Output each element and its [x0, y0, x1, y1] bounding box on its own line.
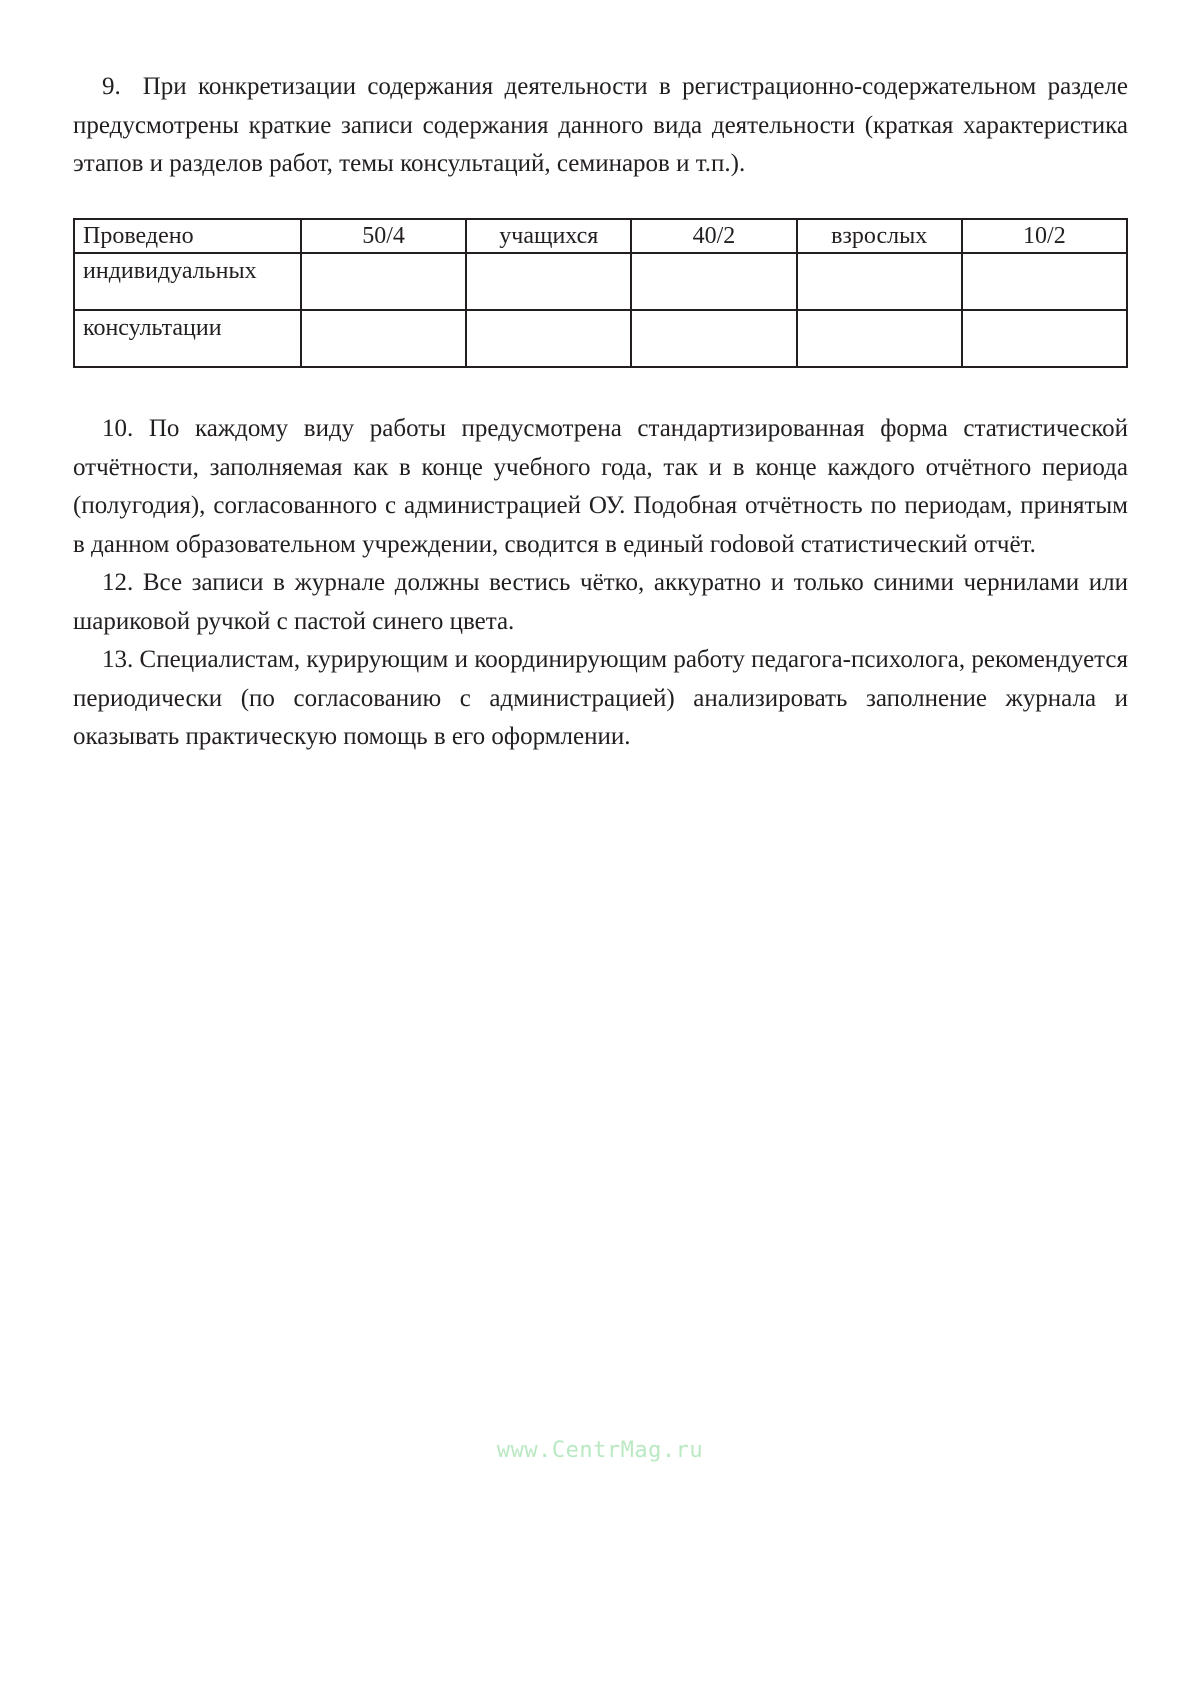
table-row: консультации	[74, 310, 1127, 367]
consultations-table: Проведено 50/4 учащихся 40/2 взрослых 10…	[73, 218, 1128, 368]
table-cell	[631, 310, 796, 367]
paragraph-number: 9.	[102, 73, 121, 100]
table-header-cell: 40/2	[631, 219, 796, 253]
paragraph-number: 13.	[102, 646, 133, 673]
table-cell	[301, 253, 466, 310]
table-cell	[797, 253, 962, 310]
table-header-cell: учащихся	[466, 219, 631, 253]
table-header-row: Проведено 50/4 учащихся 40/2 взрослых 10…	[74, 219, 1127, 253]
table-cell	[466, 253, 631, 310]
table-header-cell: 10/2	[962, 219, 1127, 253]
paragraph-9: 9.При конкретизации содержания деятельно…	[73, 68, 1128, 184]
table-header-cell: Проведено	[74, 219, 301, 253]
paragraph-number: 12.	[102, 569, 133, 596]
paragraph-text: Специалистам, курирующим и координирующи…	[73, 646, 1128, 750]
table-cell	[301, 310, 466, 367]
table-row-label: консультации	[74, 310, 301, 367]
paragraph-text: По каждому виду работы предусмотрена ста…	[73, 415, 1128, 558]
paragraph-text: Все записи в журнале должны вестись чётк…	[73, 569, 1128, 635]
table-cell	[962, 310, 1127, 367]
table-cell	[631, 253, 796, 310]
table-row: индивидуальных	[74, 253, 1127, 310]
table-header-cell: взрослых	[797, 219, 962, 253]
page-body: 10. По каждому виду работы предусмотрена…	[73, 410, 1128, 757]
paragraph-13: 13. Специалистам, курирующим и координир…	[73, 641, 1128, 757]
table-row-label: индивидуальных	[74, 253, 301, 310]
paragraph-text: При конкретизации содержания деятельност…	[73, 73, 1128, 177]
watermark: www.CentrMag.ru	[0, 1438, 1200, 1463]
table-cell	[797, 310, 962, 367]
page-top: 9.При конкретизации содержания деятельно…	[73, 68, 1128, 184]
table-header-cell: 50/4	[301, 219, 466, 253]
table-cell	[466, 310, 631, 367]
paragraph-number: 10.	[102, 415, 133, 442]
paragraph-12: 12. Все записи в журнале должны вестись …	[73, 564, 1128, 641]
paragraph-10: 10. По каждому виду работы предусмотрена…	[73, 410, 1128, 564]
table-cell	[962, 253, 1127, 310]
